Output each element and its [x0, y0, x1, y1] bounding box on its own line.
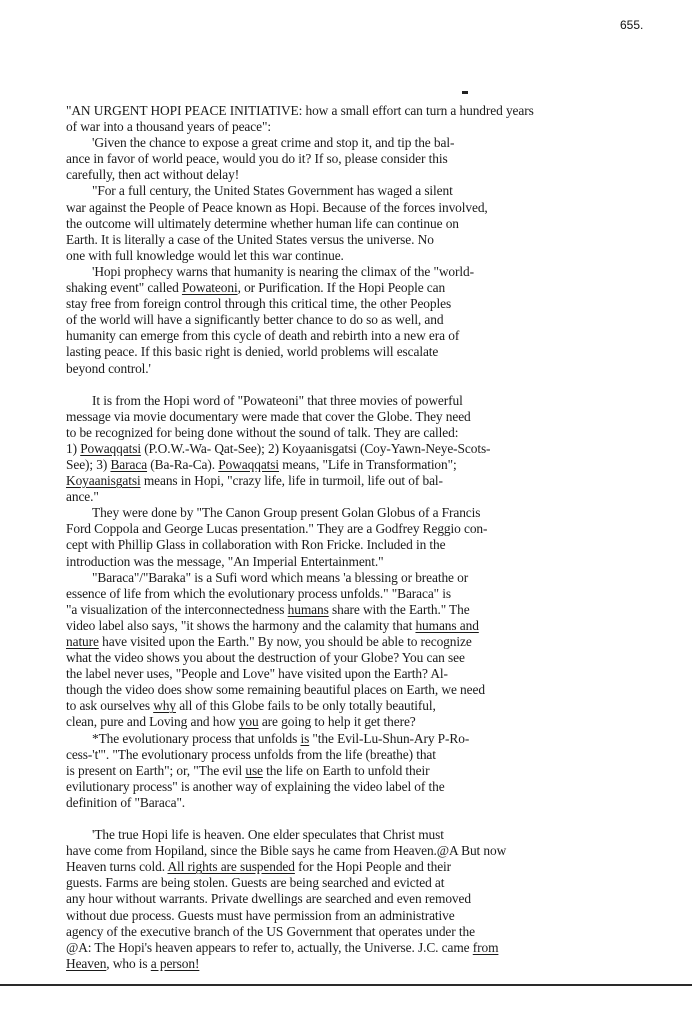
text-line: war against the People of Peace known as… [66, 200, 666, 216]
text-run: beyond control.' [66, 361, 151, 376]
underlined-text: humans [288, 602, 329, 617]
scan-artifact-mark [462, 91, 468, 94]
text-run: "Baraca"/"Baraka" is a Sufi word which m… [92, 570, 468, 585]
text-run: Earth. It is literally a case of the Uni… [66, 232, 434, 247]
text-run: (P.O.W.-Wa- Qat-See); 2) Koyaanisgatsi (… [141, 441, 490, 456]
text-run: war against the People of Peace known as… [66, 200, 488, 215]
text-run: humanity can emerge from this cycle of d… [66, 328, 459, 343]
text-line: to be recognized for being done without … [66, 425, 666, 441]
text-line: ance." [66, 489, 666, 505]
horizontal-rule [0, 984, 692, 986]
text-line: *The evolutionary process that unfolds i… [66, 731, 666, 747]
text-line: See); 3) Baraca (Ba-Ra-Ca). Powaqqatsi m… [66, 457, 666, 473]
text-run: means, "Life in Transformation"; [279, 457, 457, 472]
text-line: 'Hopi prophecy warns that humanity is ne… [66, 264, 666, 280]
text-run: without due process. Guests must have pe… [66, 908, 455, 923]
text-line: "For a full century, the United States G… [66, 183, 666, 199]
text-run: of the world will have a significantly b… [66, 312, 443, 327]
text-run: guests. Farms are being stolen. Guests a… [66, 875, 444, 890]
paragraph-gap [66, 377, 666, 393]
underlined-text: All rights are suspended [167, 859, 294, 874]
text-run: definition of "Baraca". [66, 795, 185, 810]
underlined-text: Koyaanisgatsi [66, 473, 141, 488]
text-line: Ford Coppola and George Lucas presentati… [66, 521, 666, 537]
text-line: lasting peace. If this basic right is de… [66, 344, 666, 360]
text-run: 'The true Hopi life is heaven. One elder… [92, 827, 444, 842]
text-line: It is from the Hopi word of "Powateoni" … [66, 393, 666, 409]
text-run: ance in favor of world peace, would you … [66, 151, 448, 166]
text-line: what the video shows you about the destr… [66, 650, 666, 666]
text-run: shaking event" called [66, 280, 182, 295]
text-line: guests. Farms are being stolen. Guests a… [66, 875, 666, 891]
text-line: is present on Earth"; or, "The evil use … [66, 763, 666, 779]
text-line: beyond control.' [66, 361, 666, 377]
text-line: to ask ourselves why all of this Globe f… [66, 698, 666, 714]
text-run: "AN URGENT HOPI PEACE INITIATIVE: how a … [66, 103, 534, 118]
text-line: agency of the executive branch of the US… [66, 924, 666, 940]
text-run: , who is [106, 956, 150, 971]
text-line: of war into a thousand years of peace": [66, 119, 666, 135]
text-run: They were done by "The Canon Group prese… [92, 505, 480, 520]
underlined-text: Powateoni [182, 280, 238, 295]
text-run: *The evolutionary process that unfolds [92, 731, 300, 746]
text-line: message via movie documentary were made … [66, 409, 666, 425]
text-run: are going to help it get there? [259, 714, 416, 729]
text-run: stay free from foreign control through t… [66, 296, 451, 311]
text-run: (Ba-Ra-Ca). [147, 457, 218, 472]
text-line: definition of "Baraca". [66, 795, 666, 811]
text-line: shaking event" called Powateoni, or Puri… [66, 280, 666, 296]
text-run: Ford Coppola and George Lucas presentati… [66, 521, 487, 536]
underlined-text: Powaqqatsi [80, 441, 141, 456]
text-run: "For a full century, the United States G… [92, 183, 453, 198]
paragraph-gap [66, 811, 666, 827]
text-run: agency of the executive branch of the US… [66, 924, 475, 939]
underlined-text: nature [66, 634, 99, 649]
text-run: have come from Hopiland, since the Bible… [66, 843, 506, 858]
text-run: for the Hopi People and their [295, 859, 451, 874]
text-line: "AN URGENT HOPI PEACE INITIATIVE: how a … [66, 103, 666, 119]
text-line: humanity can emerge from this cycle of d… [66, 328, 666, 344]
text-line: Koyaanisgatsi means in Hopi, "crazy life… [66, 473, 666, 489]
text-run: means in Hopi, "crazy life, life in turm… [141, 473, 443, 488]
text-run: cess-'t'". "The evolutionary process unf… [66, 747, 436, 762]
document-body: "AN URGENT HOPI PEACE INITIATIVE: how a … [66, 103, 666, 972]
underlined-text: humans and [415, 618, 478, 633]
underlined-text: Heaven [66, 956, 106, 971]
text-line: nature have visited upon the Earth." By … [66, 634, 666, 650]
text-line: @A: The Hopi's heaven appears to refer t… [66, 940, 666, 956]
text-line: carefully, then act without delay! [66, 167, 666, 183]
document-page: 655. "AN URGENT HOPI PEACE INITIATIVE: h… [0, 0, 692, 1012]
text-line: introduction was the message, "An Imperi… [66, 554, 666, 570]
text-line: 1) Powaqqatsi (P.O.W.-Wa- Qat-See); 2) K… [66, 441, 666, 457]
text-line: the outcome will ultimately determine wh… [66, 216, 666, 232]
text-line: 'Given the chance to expose a great crim… [66, 135, 666, 151]
text-line: video label also says, "it shows the har… [66, 618, 666, 634]
text-run: @A: The Hopi's heaven appears to refer t… [66, 940, 473, 955]
text-run: the life on Earth to unfold their [263, 763, 430, 778]
text-run: message via movie documentary were made … [66, 409, 471, 424]
text-run: cept with Phillip Glass in collaboration… [66, 537, 445, 552]
text-run: 'Hopi prophecy warns that humanity is ne… [92, 264, 474, 279]
text-line: any hour without warrants. Private dwell… [66, 891, 666, 907]
text-run: essence of life from which the evolution… [66, 586, 451, 601]
text-run: evilutionary process" is another way of … [66, 779, 445, 794]
underlined-text: is [300, 731, 309, 746]
text-line: They were done by "The Canon Group prese… [66, 505, 666, 521]
text-line: Heaven turns cold. All rights are suspen… [66, 859, 666, 875]
text-line: evilutionary process" is another way of … [66, 779, 666, 795]
text-run: carefully, then act without delay! [66, 167, 239, 182]
text-line: without due process. Guests must have pe… [66, 908, 666, 924]
text-run: "a visualization of the interconnectedne… [66, 602, 288, 617]
underlined-text: Powaqqatsi [218, 457, 279, 472]
text-run: It is from the Hopi word of "Powateoni" … [92, 393, 463, 408]
text-run: of war into a thousand years of peace": [66, 119, 271, 134]
text-line: "a visualization of the interconnectedne… [66, 602, 666, 618]
text-line: have come from Hopiland, since the Bible… [66, 843, 666, 859]
underlined-text: from [473, 940, 499, 955]
text-line: "Baraca"/"Baraka" is a Sufi word which m… [66, 570, 666, 586]
text-line: stay free from foreign control through t… [66, 296, 666, 312]
text-run: 1) [66, 441, 80, 456]
text-run: the label never uses, "People and Love" … [66, 666, 448, 681]
text-line: of the world will have a significantly b… [66, 312, 666, 328]
text-run: share with the Earth." The [329, 602, 470, 617]
text-run: to be recognized for being done without … [66, 425, 458, 440]
text-run: have visited upon the Earth." By now, yo… [99, 634, 472, 649]
text-run: the outcome will ultimately determine wh… [66, 216, 459, 231]
text-run: introduction was the message, "An Imperi… [66, 554, 384, 569]
text-run: ance." [66, 489, 99, 504]
text-run: lasting peace. If this basic right is de… [66, 344, 438, 359]
text-line: cept with Phillip Glass in collaboration… [66, 537, 666, 553]
text-line: 'The true Hopi life is heaven. One elder… [66, 827, 666, 843]
text-line: essence of life from which the evolution… [66, 586, 666, 602]
text-run: what the video shows you about the destr… [66, 650, 465, 665]
text-run: one with full knowledge would let this w… [66, 248, 344, 263]
text-run: though the video does show some remainin… [66, 682, 485, 697]
text-line: the label never uses, "People and Love" … [66, 666, 666, 682]
text-run: is present on Earth"; or, "The evil [66, 763, 245, 778]
text-line: ance in favor of world peace, would you … [66, 151, 666, 167]
text-line: one with full knowledge would let this w… [66, 248, 666, 264]
underlined-text: why [153, 698, 176, 713]
text-run: to ask ourselves [66, 698, 153, 713]
text-run: , or Purification. If the Hopi People ca… [238, 280, 446, 295]
text-run: See); 3) [66, 457, 110, 472]
text-run: any hour without warrants. Private dwell… [66, 891, 471, 906]
text-line: Heaven, who is a person! [66, 956, 666, 972]
page-number: 655. [620, 18, 643, 32]
text-line: clean, pure and Loving and how you are g… [66, 714, 666, 730]
underlined-text: Baraca [110, 457, 147, 472]
text-line: Earth. It is literally a case of the Uni… [66, 232, 666, 248]
text-line: though the video does show some remainin… [66, 682, 666, 698]
text-line: cess-'t'". "The evolutionary process unf… [66, 747, 666, 763]
text-run: Heaven turns cold. [66, 859, 167, 874]
text-run: all of this Globe fails to be only total… [176, 698, 436, 713]
underlined-text: use [245, 763, 263, 778]
text-run: "the Evil-Lu-Shun-Ary P-Ro- [309, 731, 469, 746]
underlined-text: you [239, 714, 259, 729]
text-run: video label also says, "it shows the har… [66, 618, 415, 633]
text-run: clean, pure and Loving and how [66, 714, 239, 729]
text-run: 'Given the chance to expose a great crim… [92, 135, 454, 150]
underlined-text: a person! [151, 956, 200, 971]
